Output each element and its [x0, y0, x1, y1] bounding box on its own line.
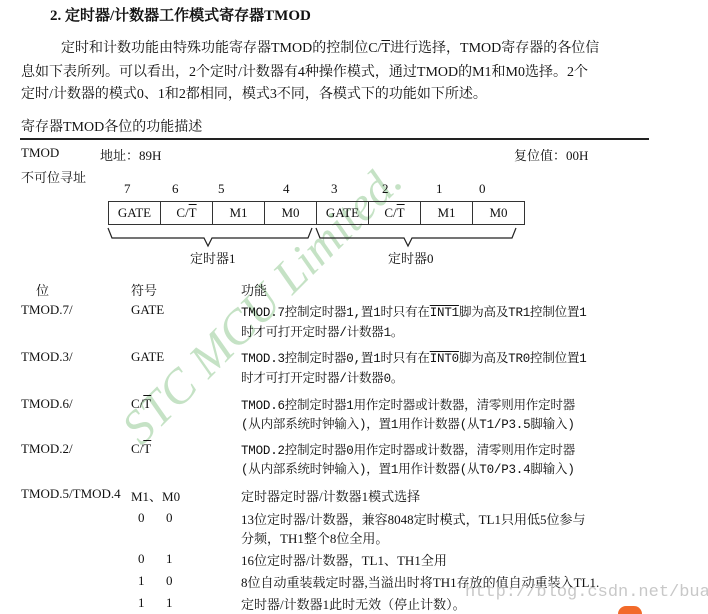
- m1-value: 1: [138, 573, 145, 589]
- row-function: 定时器定时器/计数器1模式选择: [241, 486, 420, 505]
- row-function-1: TMOD.6控制定时器1用作定时器或计数器，清零则用作定时器: [241, 395, 575, 413]
- orange-corner-shape: [618, 606, 642, 614]
- m0-value: 0: [166, 510, 173, 526]
- row-bit: TMOD.3/: [21, 349, 73, 365]
- row-function-2: 时才可打开定时器/计数器1。: [241, 322, 403, 340]
- bit-number: 2: [382, 181, 389, 197]
- bit-cell: M1: [213, 202, 265, 224]
- bit-cell: GATE: [109, 202, 161, 224]
- register-reset-value: 复位值：00H: [514, 145, 588, 164]
- group-label-timer0: 定时器0: [388, 248, 434, 267]
- text: 进行选择，TMOD寄存器的各位信: [390, 41, 599, 56]
- row-bit: TMOD.2/: [21, 441, 73, 457]
- intro-line-2: 息如下表所列。可以看出，2个定时/计数器有4种操作模式，通过TMOD的M1和M0…: [21, 61, 588, 81]
- register-name: TMOD: [21, 145, 59, 161]
- row-bit: TMOD.6/: [21, 396, 73, 412]
- register-bit-diagram: GATE C/T M1 M0 GATE C/T M1 M0: [108, 201, 525, 225]
- row-symbol: C/T: [131, 396, 151, 412]
- intro-line-1: 定时和计数功能由特殊功能寄存器TMOD的控制位C/T进行选择，TMOD寄存器的各…: [61, 37, 599, 57]
- m1-value: 1: [138, 595, 145, 611]
- row-function-1: TMOD.3控制定时器0,置1时只有在INT0脚为高及TR0控制位置1: [241, 348, 587, 366]
- bit-number: 5: [218, 181, 225, 197]
- bit-number: 3: [331, 181, 338, 197]
- m0-value: 1: [166, 595, 173, 611]
- mode-desc: 13位定时器/计数器，兼容8048定时模式，TL1只用低5位参与: [241, 509, 586, 528]
- row-symbol: M1、M0: [131, 486, 180, 505]
- row-symbol: GATE: [131, 302, 164, 318]
- mode-desc: 分频，TH1整个8位全用。: [241, 528, 388, 547]
- row-function-1: TMOD.7控制定时器1,置1时只有在INT1脚为高及TR1控制位置1: [241, 302, 587, 320]
- row-bit: TMOD.7/: [21, 302, 73, 318]
- row-function-2: (从内部系统时钟输入)，置1用作计数器(从T0/P3.4脚输入): [241, 459, 575, 477]
- col-header-bit: 位: [36, 280, 49, 299]
- group-label-timer1: 定时器1: [190, 248, 236, 267]
- bit-number: 6: [172, 181, 179, 197]
- row-bit: TMOD.5/TMOD.4: [21, 486, 121, 502]
- bit-cell: C/T: [161, 202, 213, 224]
- row-symbol: C/T: [131, 441, 151, 457]
- divider: [20, 138, 649, 140]
- col-header-symbol: 符号: [131, 280, 157, 299]
- m0-value: 1: [166, 551, 173, 567]
- csdn-watermark: http://blog.csdn.net/buaazt: [465, 583, 708, 602]
- row-function-2: 时才可打开定时器/计数器0。: [241, 368, 403, 386]
- bit-cell: M1: [421, 202, 473, 224]
- m0-value: 0: [166, 573, 173, 589]
- m1-value: 0: [138, 510, 145, 526]
- register-addressable: 不可位寻址: [21, 167, 86, 186]
- row-symbol: GATE: [131, 349, 164, 365]
- register-address: 地址：89H: [100, 145, 161, 164]
- bit-number: 0: [479, 181, 486, 197]
- row-function-1: TMOD.2控制定时器0用作定时器或计数器，清零则用作定时器: [241, 440, 575, 458]
- section-title: 2. 定时器/计数器工作模式寄存器TMOD: [50, 4, 311, 25]
- mode-desc: 定时器/计数器1此时无效（停止计数）。: [241, 594, 466, 613]
- mode-desc: 16位定时器/计数器，TL1、TH1全用: [241, 550, 447, 569]
- bit-number: 1: [436, 181, 443, 197]
- bit-cell: GATE: [317, 202, 369, 224]
- group-braces: [106, 226, 522, 248]
- m1-value: 0: [138, 551, 145, 567]
- bit-number: 4: [283, 181, 290, 197]
- register-heading: 寄存器TMOD各位的功能描述: [21, 116, 202, 136]
- row-function-2: (从内部系统时钟输入)，置1用作计数器(从T1/P3.5脚输入): [241, 414, 575, 432]
- bit-number: 7: [124, 181, 131, 197]
- intro-line-3: 定时/计数器的模式0、1和2都相同，模式3不同，各模式下的功能如下所述。: [21, 83, 487, 103]
- bit-cell: M0: [265, 202, 317, 224]
- col-header-function: 功能: [241, 280, 267, 299]
- bit-cell: M0: [473, 202, 524, 224]
- bit-cell: C/T: [369, 202, 421, 224]
- overline-t: T: [381, 41, 390, 56]
- text: 定时和计数功能由特殊功能寄存器TMOD的控制位C/: [61, 41, 381, 56]
